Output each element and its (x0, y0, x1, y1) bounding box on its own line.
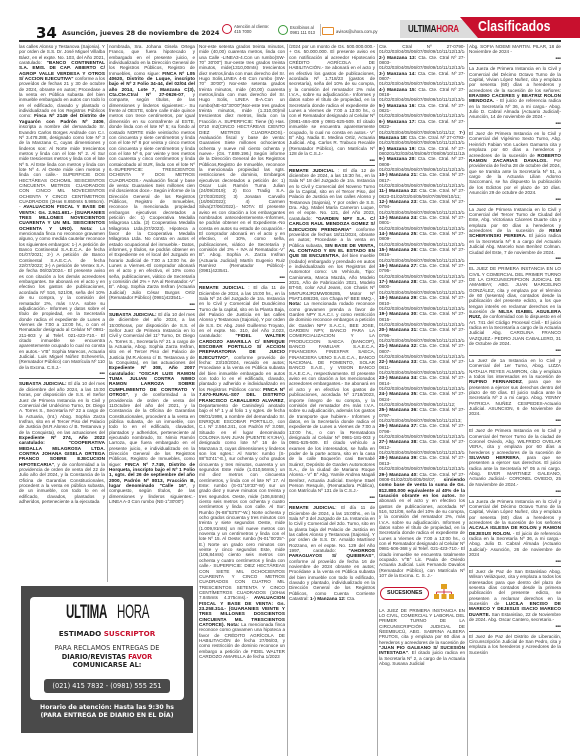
column-divider (287, 44, 288, 756)
ad-code-tag: ■■■ (469, 197, 561, 201)
ad-code-tag: ■■■ (469, 559, 561, 563)
column-divider (107, 44, 108, 582)
page-header: 34 Asunción, jueves 28 de noviembre de 2… (0, 0, 580, 40)
phone-icon (222, 24, 232, 34)
classified-notice: El Juez de Paz de San Estanislao Abog. W… (469, 569, 561, 622)
contact-value: 415 7000 (234, 29, 251, 34)
classified-notice: Nor-este setenta grados treinta minutos,… (199, 44, 285, 274)
classified-column-3: Nor-este setenta grados treinta minutos,… (199, 44, 285, 756)
contact-value: avisos@uhora.com.py (336, 29, 378, 34)
column-divider (377, 44, 378, 756)
classified-notice: EL JUEZ DE PRIMERA INSTANCIA EN LO CIVIL… (469, 266, 561, 346)
classified-notice: La Jueza de Primera Instancia en lo Civi… (469, 499, 561, 558)
ad-logo: ULTIMAHORA (30, 602, 184, 624)
classified-notice: SUBASTA JUDICIAL: El día 10 del mes de d… (109, 312, 195, 504)
notice-divider (469, 425, 561, 426)
sucesiones-header: SUCESIONES (380, 583, 465, 602)
classified-notice: La Juez de Primera Instancia en lo Civil… (469, 207, 561, 255)
section-title: Clasificados (478, 18, 550, 35)
ad-code-tag: ■■■ (469, 56, 561, 60)
subscriber-ad: ULTIMAHORA ESTIMADO SUSCRIPTOR PARA RECL… (21, 586, 193, 733)
classified-notice: REMATE JUDICIAL : El día 11 de Diciembre… (199, 285, 285, 659)
ad-card: ULTIMAHORA ESTIMADO SUSCRIPTOR PARA RECL… (30, 597, 184, 700)
notice-divider (19, 378, 105, 379)
classified-notice: La Juez de 1a Instancia en lo Civil y Co… (469, 358, 561, 417)
email-contact[interactable]: avisos@uhora.com.py (322, 27, 378, 35)
classified-notice: Cte. Ctral Nº 27-0790-01/02/03/04/05/06/… (379, 44, 465, 578)
classified-notice: LA JUEZ DE PRIMERA INSTANCIA EN LO CIVIL… (379, 608, 465, 667)
contact-value: 0981 111 013 (290, 30, 315, 35)
notice-divider (469, 496, 561, 497)
classified-notice: REMATE JUDICIAL : El día 12 de diciembre… (289, 168, 375, 494)
ad-code-tag: ■■■ (469, 624, 561, 628)
mail-icon (322, 27, 334, 35)
ad-code-tag: ■■■ (109, 302, 195, 306)
notice-divider (469, 128, 561, 129)
ad-code-tag: ■■■ (289, 158, 375, 162)
classified-notice: El Juez de Primera Instancia en lo Civil… (469, 131, 561, 195)
classified-column-1: las calles Alonso y Testanova (Sajonia).… (19, 44, 105, 582)
classified-notice: Abg. SOFIA NOEMI MARTIN. PILAR, 18 de No… (469, 44, 561, 55)
ad-code-tag: ■■■ (469, 256, 561, 260)
classified-notice: La Jueza de Primera Instancia en lo Civi… (469, 66, 561, 119)
notice-divider (109, 309, 195, 310)
classified-notice: SUBASTA JUDICIAL: El día 10 del mes de d… (19, 381, 105, 504)
notice-divider (289, 502, 375, 503)
classified-column-6: Abg. SOFIA NOEMI MARTIN. PILAR, 18 de No… (469, 44, 561, 756)
notice-divider (469, 631, 561, 632)
column-divider (467, 44, 468, 756)
classified-notice: El Juez de Paz del Distrito de Liberació… (469, 634, 561, 655)
ad-hours: Horario de atención: Hasta las 9:30 hs (… (21, 704, 193, 720)
family-tree-icon (433, 583, 455, 602)
notice-divider (469, 566, 561, 567)
classified-column-5: Cte. Ctral Nº 27-0790-01/02/03/04/05/06/… (379, 44, 465, 756)
ad-code-tag: ■■■ (19, 371, 105, 375)
notice-divider (469, 63, 561, 64)
sucesiones-badge: SUCESIONES (380, 587, 429, 600)
ad-line: PARA RECLAMOS ENTREGAS DE (30, 644, 184, 653)
ad-title: ESTIMADO SUSCRIPTOR (30, 629, 184, 638)
whatsapp-contact[interactable]: Escribinos al0981 111 013 (278, 24, 321, 36)
classified-notice: El Juez de Primera Instancia en lo Civil… (469, 428, 561, 487)
notice-divider (469, 204, 561, 205)
classified-notice: /2024 por un monto de Gs. 500.000.000.- … (289, 44, 375, 156)
ad-line: COMUNICARSE AL: (30, 661, 184, 670)
ad-code-tag: ■■■ (469, 418, 561, 422)
ad-code-tag: ■■■ (289, 495, 375, 499)
customer-service-contact[interactable]: Atención al cliente:415 7000 (222, 24, 269, 34)
classified-notice: nombrada, Sra. Johana Gisela Ortega Fran… (109, 44, 195, 301)
notice-divider (289, 165, 375, 166)
whatsapp-icon (278, 25, 288, 35)
notice-divider (469, 355, 561, 356)
ad-code-tag: ■■■ (469, 121, 561, 125)
ad-code-tag: ■■■ (469, 489, 561, 493)
ad-code-tag: ■■■ (469, 348, 561, 352)
divider (320, 24, 321, 36)
ad-message: PARA RECLAMOS ENTREGAS DE DIARIO/REVISTA… (30, 644, 184, 670)
ad-code-tag: ■■■ (199, 275, 285, 279)
notice-divider (199, 282, 285, 283)
page-date: Asunción, jueves 28 de noviembre de 2024 (62, 29, 219, 37)
classified-notice: REMATE JUDICIAL: El día 11 de Diciembre … (289, 505, 375, 601)
classified-column-4: /2024 por un monto de Gs. 500.000.000.- … (289, 44, 375, 756)
notice-divider (469, 263, 561, 264)
column-divider (197, 44, 198, 756)
header-rule (19, 40, 561, 42)
ad-phone-numbers[interactable]: (021) 415 7832 - (0981) 555 251 (44, 679, 170, 693)
classified-notice: las calles Alonso y Testanova (Sajonia).… (19, 44, 105, 370)
classified-column-2: nombrada, Sra. Johana Gisela Ortega Fran… (109, 44, 195, 582)
brand-logo: ULTIMAHORA (408, 24, 459, 35)
